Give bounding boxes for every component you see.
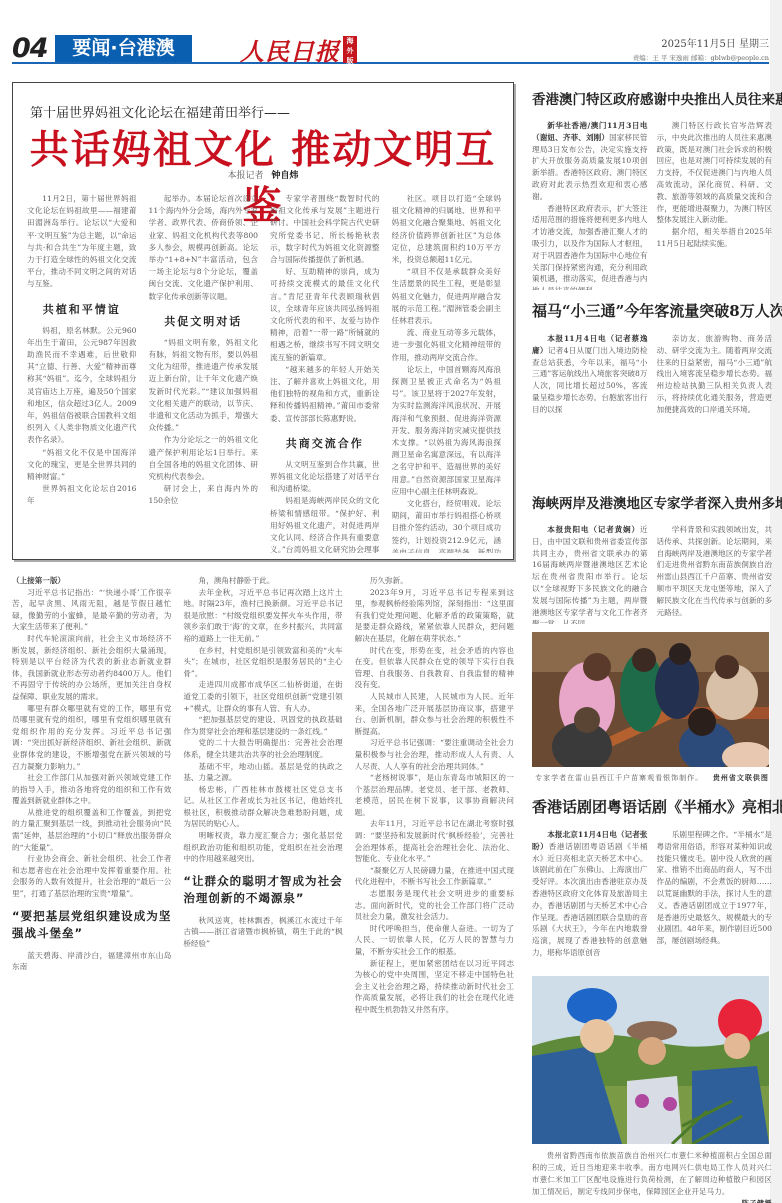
story-body: 新华社香港/澳门11月3日电（谢妞、齐菲、刘刚）国家移民管理局3日发布公告，决定… — [532, 120, 772, 290]
dateline: 2025年11月5日 星期三 责编：王 平 宋逸雨 邮箱：gblwb@peopl… — [633, 35, 769, 62]
photo-silver-crafting — [532, 632, 769, 767]
editors-info: 责编：王 平 宋逸雨 邮箱：gblwb@people.cn — [633, 53, 769, 62]
photo-harvest — [532, 976, 769, 1144]
masthead: 04 要闻·台港澳 人民日报 海 外 版 2025年11月5日 星期三 责编：王… — [12, 34, 769, 64]
continued-article: （上接第一版） 习近平总书记指出：“‘快递小哥’工作很辛苦，起早贪黑、风雨无阻，… — [12, 575, 514, 1195]
story-headline: 福马“小三通”今年客流量突破8万人次 — [532, 300, 772, 321]
article-column-2: 起举办。本届论坛首次设立11个海内外分会场，海内外专家学者、政界代表、侨商侨领、… — [149, 193, 259, 553]
photo-image — [532, 632, 769, 767]
byline: 本报记者钟自炜 — [13, 168, 513, 181]
continued-column-2: 角，澳角村静卧于此。 去年金秋，习近平总书记再次踏上这片土地。时隔23年，渔村已… — [183, 575, 342, 1195]
subheading: 共植和平情谊 — [27, 301, 137, 317]
photo-news-harvest: 贵州省黔西南布依族苗族自治州兴仁市薏仁米种植面积占全国总面积的三成，近日当地迎来… — [532, 976, 772, 1203]
story-body: 本报11月4日电（记者蔡逸庸）记者4日从厦门出入境边防检查总站获悉，今年以来，福… — [532, 333, 772, 481]
story-body: 本报贵阳电（记者黄娴）近日，由中国文联和贵州省委宣传部共同主办，贵州省文联承办的… — [532, 524, 772, 624]
article-body: 11月2日，第十届世界妈祖文化论坛在妈祖故里——福建莆田湄洲岛举行。论坛以“大爱… — [27, 193, 501, 553]
section-quote-heading: “让群众的聪明才智成为社会治理创新的不竭源泉” — [183, 873, 342, 907]
news-story-hk-drama: 香港话剧团粤语话剧《半桶水》亮相北京 本报北京11月4日电（记者张盼）香港话剧团… — [532, 796, 772, 979]
news-story-fuma-ferry: 福马“小三通”今年客流量突破8万人次 本报11月4日电（记者蔡逸庸）记者4日从厦… — [532, 300, 772, 481]
news-story-hk-macao: 香港澳门特区政府感谢中央推出人员往来惠港澳政策 新华社香港/澳门11月3日电（谢… — [532, 88, 772, 290]
article-column-3: 专家学者围绕“数智时代的妈祖文化传承与发展”主题进行研讨。中国社会科学院古代史研… — [270, 193, 380, 553]
page-number: 04 — [12, 34, 48, 64]
section-tag: 要闻·台港澳 — [55, 35, 192, 62]
continued-column-3: 历久弥新。 2023年9月，习近平总书记专程来到这里，参观枫桥经验陈列馆，深刻指… — [355, 575, 514, 1195]
continued-from-label: （上接第一版） — [12, 575, 171, 587]
photo-caption: 专家学者在雷山县西江千户苗寨观看银饰制作。 贵州省文联供图 — [532, 773, 772, 783]
continued-column-1: （上接第一版） 习近平总书记指出：“‘快递小哥’工作很辛苦，起早贪黑、风雨无阻，… — [12, 575, 171, 1195]
article-column-1: 11月2日，第十届世界妈祖文化论坛在妈祖故里——福建莆田湄洲岛举行。论坛以“大爱… — [27, 193, 137, 553]
story-body: 本报北京11月4日电（记者张盼）香港话剧团粤语话剧《半桶水》近日亮相北京天桥艺术… — [532, 829, 772, 979]
subheading: 共商交流合作 — [270, 435, 380, 451]
story-headline: 香港澳门特区政府感谢中央推出人员往来惠港澳政策 — [532, 88, 772, 108]
byline-author: 钟自炜 — [272, 171, 299, 181]
photo-image — [532, 976, 769, 1144]
story-headline: 香港话剧团粤语话剧《半桶水》亮相北京 — [532, 796, 772, 817]
news-story-guizhou-visit: 海峡两岸及港澳地区专家学者深入贵州多地开展文化参访 本报贵阳电（记者黄娴）近日，… — [532, 492, 772, 783]
photo-credit: 贵州省文联供图 — [713, 773, 769, 782]
logo-text: 人民日报 — [240, 32, 340, 67]
photo-credit: 陈子健摄 — [727, 1198, 772, 1203]
section-quote-heading: “要把基层党组织建设成为坚强战斗堡垒” — [12, 908, 171, 942]
story-headline: 海峡两岸及港澳地区专家学者深入贵州多地开展文化参访 — [532, 492, 772, 512]
photo-caption: 贵州省黔西南布依族苗族自治州兴仁市薏仁米种植面积占全国总面积的三成，近日当地迎来… — [532, 1150, 772, 1198]
subheading: 共促文明对话 — [149, 313, 259, 329]
overseas-edition-badge: 海 外 版 — [343, 36, 357, 63]
issue-date: 2025年11月5日 星期三 — [633, 35, 769, 50]
feature-article: 第十届世界妈祖文化论坛在福建莆田举行—— 共话妈祖文化 推动文明互鉴 本报记者钟… — [12, 82, 514, 560]
newspaper-logo: 人民日报 海 外 版 — [240, 34, 357, 64]
article-column-4: 社区。项目以打造“全球妈祖文化精神的归属地、世界和平妈祖文化融合聚集地、妈祖文化… — [392, 193, 502, 553]
